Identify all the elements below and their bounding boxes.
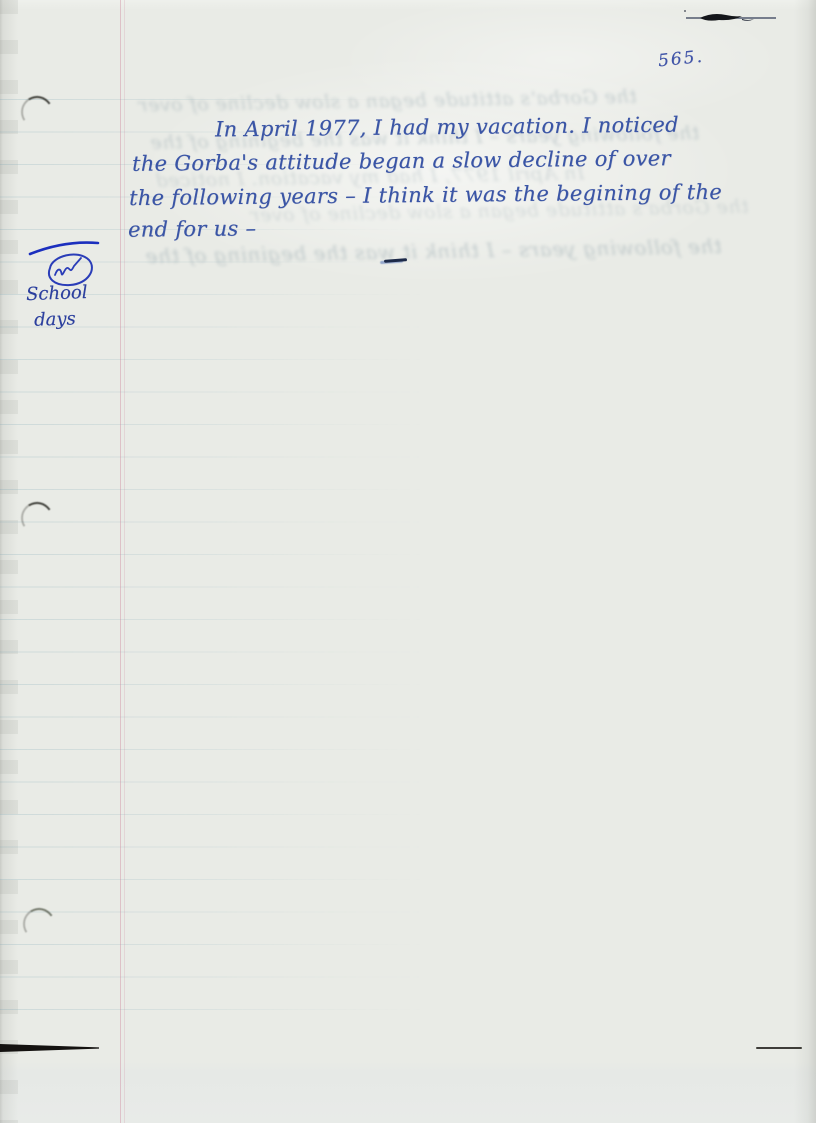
handwriting-line-4: end for us – [128,216,257,241]
handwriting-line-1: In April 1977, I had my vacation. I noti… [215,113,679,142]
underline-dash-mark [384,258,407,262]
hole-punch-bottom [20,905,58,943]
margin-note-word-1: School [26,282,88,305]
ink-smudge-mark [680,6,784,26]
handwriting-line-2: the Gorba's attitude began a slow declin… [132,146,671,176]
scan-artifact-bottom-right [756,1047,802,1049]
hole-punch-top [18,93,56,131]
handwriting-line-3: the following years – I think it was the… [129,180,722,210]
margin-rule-line [120,0,121,1123]
left-edge-scan-streaks [0,0,18,1123]
scan-artifact-bottom-left [0,1044,99,1052]
scanned-notebook-page: the Gorba's attitude began a slow declin… [0,0,816,1123]
margin-note-word-2: days [34,308,76,330]
ruled-lines [0,99,816,1015]
page-number: 565. [657,47,705,72]
margin-rule-line-2 [124,0,125,1123]
ghost-writing-line: the Gorba's attitude began a slow declin… [138,86,637,117]
hole-punch-middle [18,499,56,537]
